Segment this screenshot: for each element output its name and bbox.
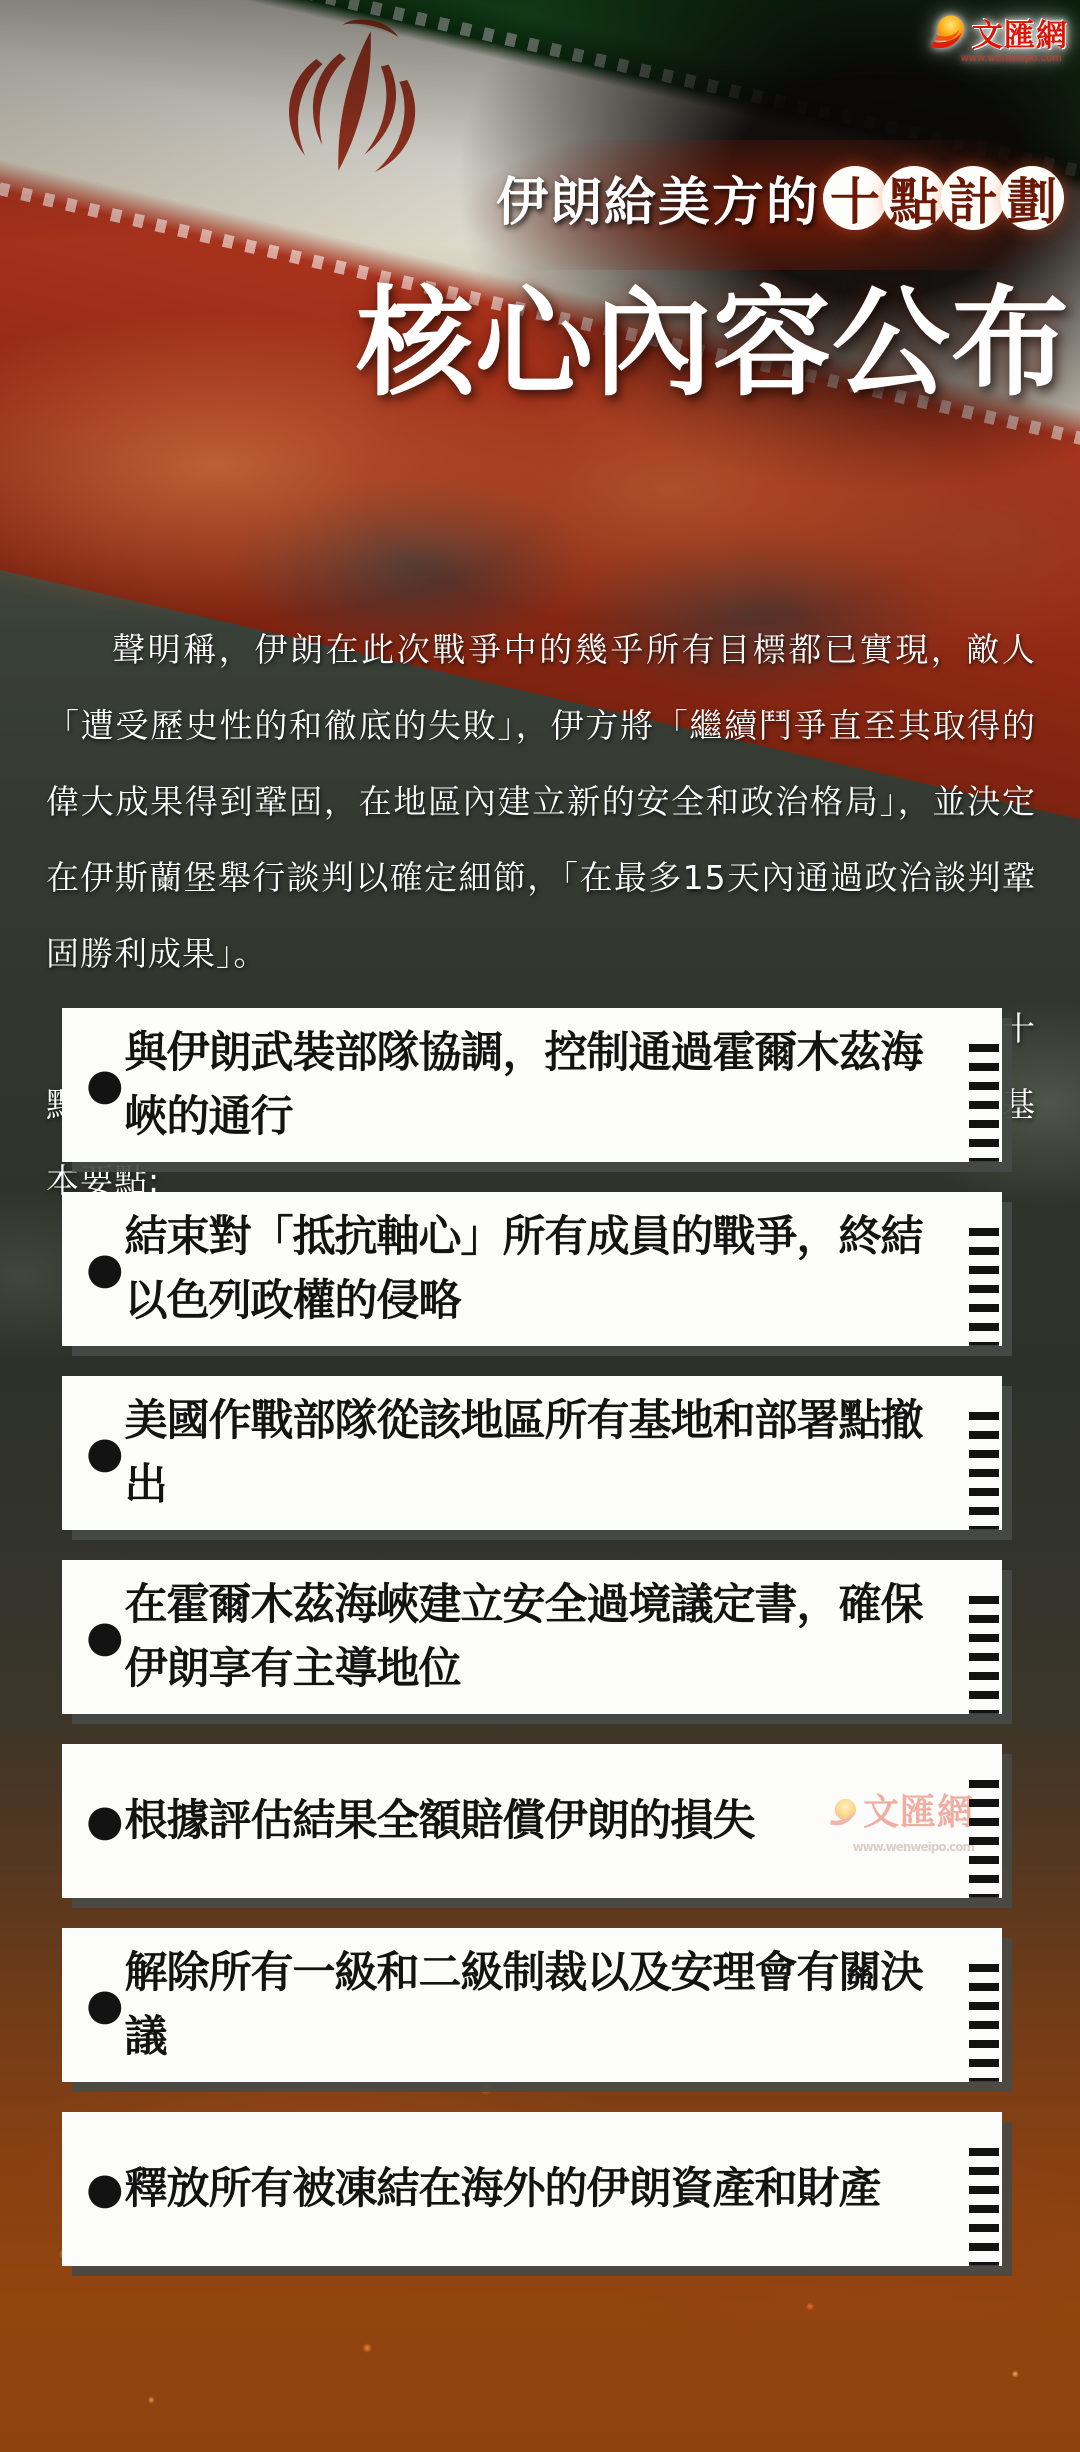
wenweipo-flame-icon: [928, 12, 970, 54]
badge-char: 計: [941, 166, 1005, 230]
plan-point-box: ● 釋放所有被凍結在海外的伊朗資產和財產: [62, 2112, 1002, 2266]
plan-point-text: 在霍爾木茲海峽建立安全過境議定書，確保伊朗享有主導地位: [125, 1573, 926, 1702]
bullet-icon: ●: [86, 1053, 123, 1118]
bullet-icon: ●: [86, 2157, 123, 2222]
watermark-url: www.wenweipo.com: [827, 1838, 974, 1856]
page-title: 核心內容公布: [356, 248, 1070, 418]
stripes-decoration: [969, 1412, 999, 1530]
stripes-decoration: [969, 1780, 999, 1898]
plan-point-text: 美國作戰部隊從該地區所有基地和部署點撤出: [125, 1389, 926, 1518]
bullet-icon: ●: [86, 1605, 123, 1670]
subtitle: 伊朗給美方的 十 點 計 劃: [496, 160, 1064, 235]
stripes-decoration: [969, 2148, 999, 2266]
plan-point-box: ● 與伊朗武裝部隊協調，控制通過霍爾木茲海峽的通行: [62, 1008, 1002, 1162]
plan-point-text: 解除所有一級和二級制裁以及安理會有關決議: [125, 1941, 926, 2070]
wenweipo-watermark: 文匯網 www.wenweipo.com: [827, 1786, 974, 1856]
bullet-icon: ●: [86, 1973, 123, 2038]
plan-point-box: ● 結束對「抵抗軸心」所有成員的戰爭，終結以色列政權的侵略: [62, 1192, 1002, 1346]
intro-paragraph-1: 聲明稱，伊朗在此次戰爭中的幾乎所有目標都已實現，敵人「遭受歷史性的和徹底的失敗」…: [46, 612, 1036, 991]
plan-point-box: ● 根據評估結果全額賠償伊朗的損失 文匯網 www.wenweipo.com: [62, 1744, 1002, 1898]
wenweipo-flame-icon: [827, 1796, 861, 1830]
brand-name: 文匯網: [972, 10, 1068, 55]
bullet-icon: ●: [86, 1789, 123, 1854]
stripes-decoration: [969, 1596, 999, 1714]
plan-point-box: ● 在霍爾木茲海峽建立安全過境議定書，確保伊朗享有主導地位: [62, 1560, 1002, 1714]
bullet-icon: ●: [86, 1237, 123, 1302]
brand-url: www.wenweipo.com: [928, 53, 1068, 64]
plan-point-text: 根據評估結果全額賠償伊朗的損失: [125, 1789, 755, 1854]
wenweipo-logo: 文匯網 www.wenweipo.com: [928, 10, 1068, 64]
watermark-name: 文匯網: [863, 1786, 974, 1840]
subtitle-text: 伊朗給美方的: [496, 160, 820, 235]
plan-points-list: ● 與伊朗武裝部隊協調，控制通過霍爾木茲海峽的通行 ● 結束對「抵抗軸心」所有成…: [62, 1008, 1002, 2266]
badge-char: 十: [823, 166, 887, 230]
plan-point-text: 釋放所有被凍結在海外的伊朗資產和財產: [125, 2157, 881, 2222]
plan-point-text: 與伊朗武裝部隊協調，控制通過霍爾木茲海峽的通行: [125, 1021, 926, 1150]
badge-char: 點: [882, 166, 946, 230]
bullet-icon: ●: [86, 1421, 123, 1486]
plan-point-box: ● 美國作戰部隊從該地區所有基地和部署點撤出: [62, 1376, 1002, 1530]
plan-point-text: 結束對「抵抗軸心」所有成員的戰爭，終結以色列政權的侵略: [125, 1205, 926, 1334]
plan-point-box: ● 解除所有一級和二級制裁以及安理會有關決議: [62, 1928, 1002, 2082]
badge-char: 劃: [1000, 166, 1064, 230]
stripes-decoration: [969, 1228, 999, 1346]
infographic-poster: 文匯網 www.wenweipo.com 伊朗給美方的 十 點 計 劃 核心內容…: [0, 0, 1080, 2452]
stripes-decoration: [969, 1964, 999, 2082]
stripes-decoration: [969, 1044, 999, 1162]
